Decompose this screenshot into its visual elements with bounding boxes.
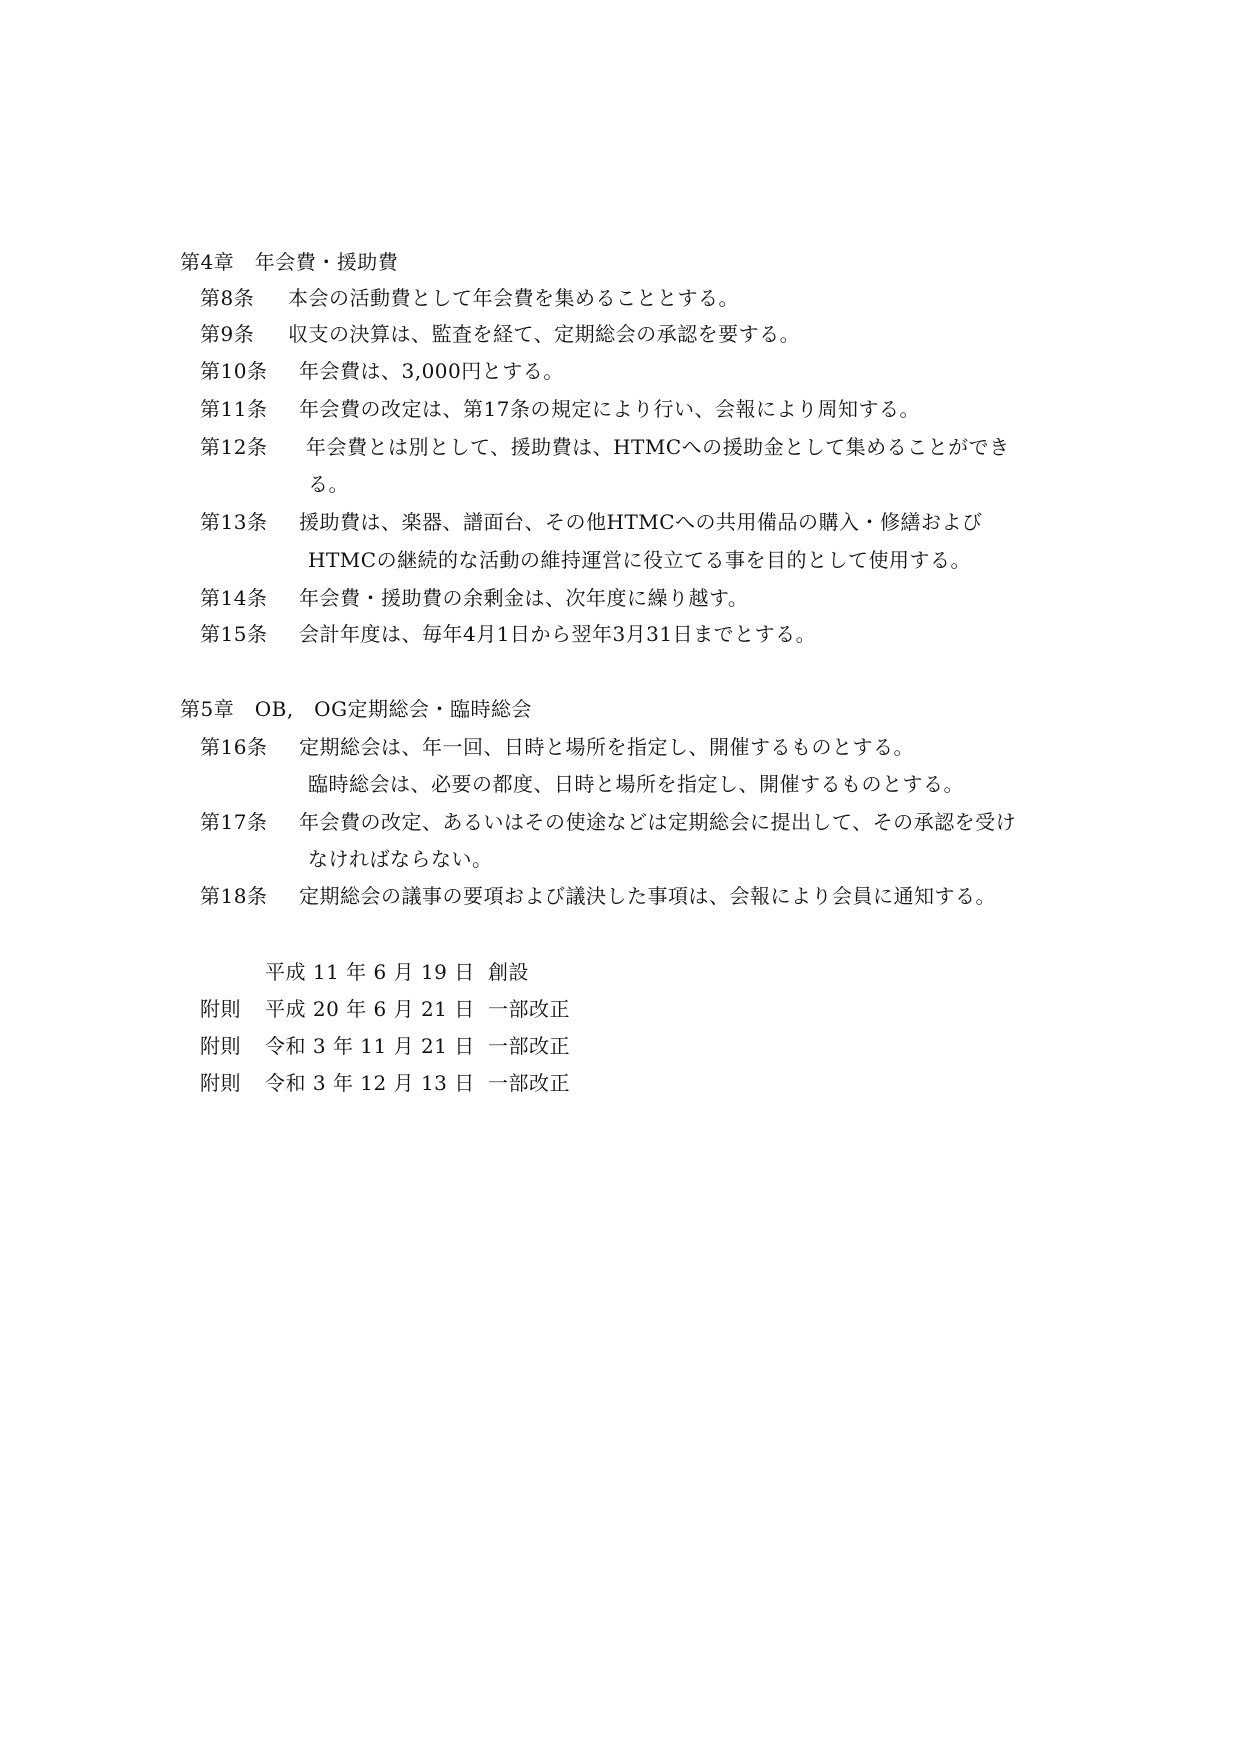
history-prefix: 附則 [200, 997, 241, 1021]
article-text: 年会費の改定、あるいはその使途などは定期総会に提出して、その承認を受け [299, 810, 1016, 834]
history-date: 令和 3 年 12 月 13 日 [265, 1071, 475, 1095]
history-row: 附則 令和 3 年 12 月 13 日 一部改正 [0, 1071, 1241, 1095]
article-text: 年会費の改定は、第17条の規定により行い、会報により周知する。 [299, 397, 920, 421]
article-17-continuation: なければならない。 [308, 847, 493, 871]
chapter-5-title: 第5章 OB, OG定期総会・臨時総会 [180, 697, 532, 721]
article-text: 援助費は、楽器、譜面台、その他HTMCへの共用備品の購入・修繕および [299, 510, 983, 534]
article-15: 第15条 会計年度は、毎年4月1日から翌年3月31日までとする。 [0, 622, 1241, 646]
article-label: 第13条 [200, 510, 267, 534]
article-text: 本会の活動費として年会費を集めることとする。 [288, 286, 739, 310]
article-label: 第16条 [200, 735, 267, 759]
article-text: 定期総会の議事の要項および議決した事項は、会報により会員に通知する。 [299, 884, 996, 908]
article-18: 第18条 定期総会の議事の要項および議決した事項は、会報により会員に通知する。 [0, 884, 1241, 908]
article-text: 定期総会は、年一回、日時と場所を指定し、開催するものとする。 [299, 735, 914, 759]
article-text: 会計年度は、毎年4月1日から翌年3月31日までとする。 [299, 622, 816, 646]
article-14: 第14条 年会費・援助費の余剰金は、次年度に繰り越す。 [0, 586, 1241, 610]
history-action: 創設 [488, 960, 529, 984]
article-label: 第10条 [200, 359, 267, 383]
history-date: 平成 20 年 6 月 21 日 [265, 997, 475, 1021]
article-16: 第16条 定期総会は、年一回、日時と場所を指定し、開催するものとする。 [0, 735, 1241, 759]
history-prefix: 附則 [200, 1071, 241, 1095]
history-date: 平成 11 年 6 月 19 日 [265, 960, 475, 984]
article-17: 第17条 年会費の改定、あるいはその使途などは定期総会に提出して、その承認を受け [0, 810, 1241, 834]
article-label: 第9条 [200, 322, 254, 346]
history-row: 平成 11 年 6 月 19 日 創設 [0, 960, 1241, 984]
article-10: 第10条 年会費は、3,000円とする。 [0, 359, 1241, 383]
chapter-4-title: 第4章 年会費・援助費 [180, 250, 398, 274]
history-prefix: 附則 [200, 1034, 241, 1058]
article-8: 第8条 本会の活動費として年会費を集めることとする。 [0, 286, 1241, 310]
history-date: 令和 3 年 11 月 21 日 [265, 1034, 475, 1058]
article-label: 第12条 [200, 435, 267, 459]
history-action: 一部改正 [488, 997, 570, 1021]
article-label: 第8条 [200, 286, 254, 310]
document-page: 第4章 年会費・援助費 第8条 本会の活動費として年会費を集めることとする。 第… [0, 0, 1241, 1755]
article-text: 年会費・援助費の余剰金は、次年度に繰り越す。 [299, 586, 748, 610]
article-label: 第17条 [200, 810, 267, 834]
article-label: 第18条 [200, 884, 267, 908]
article-text: 年会費は、3,000円とする。 [299, 359, 564, 383]
article-label: 第14条 [200, 586, 267, 610]
article-13: 第13条 援助費は、楽器、譜面台、その他HTMCへの共用備品の購入・修繕および [0, 510, 1241, 534]
article-9: 第9条 収支の決算は、監査を経て、定期総会の承認を要する。 [0, 322, 1241, 346]
article-12: 第12条 年会費とは別として、援助費は、HTMCへの援助金として集めることができ [0, 435, 1241, 459]
history-row: 附則 令和 3 年 11 月 21 日 一部改正 [0, 1034, 1241, 1058]
article-label: 第11条 [200, 397, 267, 421]
article-label: 第15条 [200, 622, 267, 646]
article-13-continuation: HTMCの継続的な活動の維持運営に役立てる事を目的として使用する。 [308, 548, 971, 572]
article-11: 第11条 年会費の改定は、第17条の規定により行い、会報により周知する。 [0, 397, 1241, 421]
article-text: 収支の決算は、監査を経て、定期総会の承認を要する。 [288, 322, 800, 346]
article-12-continuation: る。 [308, 472, 349, 496]
history-action: 一部改正 [488, 1071, 570, 1095]
history-action: 一部改正 [488, 1034, 570, 1058]
article-text: 年会費とは別として、援助費は、HTMCへの援助金として集めることができ [306, 435, 1010, 459]
history-row: 附則 平成 20 年 6 月 21 日 一部改正 [0, 997, 1241, 1021]
article-16-continuation: 臨時総会は、必要の都度、日時と場所を指定し、開催するものとする。 [308, 772, 964, 796]
